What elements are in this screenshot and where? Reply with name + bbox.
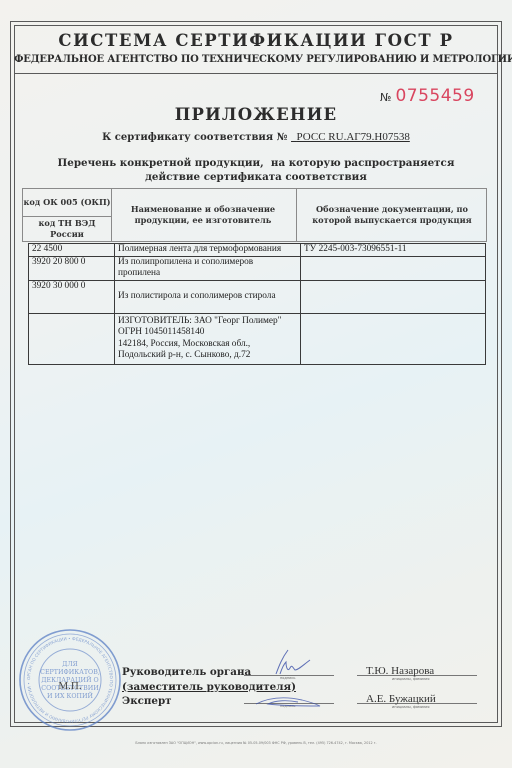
list-title-line1: Перечень конкретной продукции, на котору… <box>14 156 498 170</box>
svg-text:СЕРТИФИКАТОВ,: СЕРТИФИКАТОВ, <box>40 669 100 676</box>
agency-name: ФЕДЕРАЛЬНОЕ АГЕНТСТВО ПО ТЕХНИЧЕСКОМУ РЕ… <box>14 54 498 65</box>
seal-stamp-icon: ОРГАН ПО СЕРТИФИКАЦИИ • ФЕДЕРАЛЬНОЕ АГЕН… <box>18 628 122 732</box>
expert-name-caption: инициалы, фамилия <box>392 705 430 709</box>
form-number-value: 0755459 <box>395 86 474 106</box>
head-name-caption: инициалы, фамилия <box>392 677 430 681</box>
table-row: ИЗГОТОВИТЕЛЬ: ЗАО "Георг Полимер" ОГРН 1… <box>29 313 486 364</box>
svg-text:ДЛЯ: ДЛЯ <box>62 661 77 668</box>
head-signature-icon <box>262 648 322 678</box>
header-product-name: Наименование и обозначение продукции, ее… <box>123 189 283 241</box>
cert-number-text: РОСС RU.АГ79.Н07538 <box>297 131 410 143</box>
name-cell: Полимерная лента для термоформования <box>115 244 301 257</box>
doc-cell: ТУ 2245-003-73096551-11 <box>301 244 486 257</box>
head-name: Т.Ю. Назарова <box>366 665 434 677</box>
manufacturer-address: 142184, Россия, Московская обл., Подольс… <box>118 339 297 362</box>
cert-ref-label: К сертификату соответствия № <box>102 132 287 143</box>
svg-text:ОРГАН ПО СЕРТИФИКАЦИИ • ФЕДЕРА: ОРГАН ПО СЕРТИФИКАЦИИ • ФЕДЕРАЛЬНОЕ АГЕН… <box>18 628 114 724</box>
code-cell: 22 4500 <box>29 244 115 257</box>
list-title: Перечень конкретной продукции, на котору… <box>14 156 498 184</box>
system-title: СИСТЕМА СЕРТИФИКАЦИИ ГОСТ Р <box>14 31 498 50</box>
expert-signature-icon <box>254 694 324 710</box>
header-divider <box>14 73 498 74</box>
annex-title: ПРИЛОЖЕНИЕ <box>14 105 498 124</box>
code-cell: 3920 30 000 0 <box>29 280 115 313</box>
print-footer: Бланк изготовлен ЗАО "ОПЦИОН", www.opcio… <box>14 741 498 745</box>
column-divider <box>296 189 297 241</box>
products-table: 22 4500 Полимерная лента для термоформов… <box>28 243 486 365</box>
number-sign: № <box>380 91 391 104</box>
code-cell: 3920 20 800 0 <box>29 256 115 280</box>
doc-cell <box>301 313 486 364</box>
cert-number: РОСС RU.АГ79.Н07538 <box>291 131 410 143</box>
table-row: 3920 30 000 0 Из полистирола и сополимер… <box>29 280 486 313</box>
svg-text:И ИХ КОПИЙ: И ИХ КОПИЙ <box>47 692 93 700</box>
header-documentation: Обозначение документации, по которой вып… <box>309 189 475 241</box>
column-divider <box>111 189 112 241</box>
header-okp-code: код ОК 005 (ОКП) <box>23 189 111 216</box>
manufacturer-ogrn: ОГРН 1045011458140 <box>118 327 297 339</box>
expert-name: А.Е. Бужацкий <box>366 693 436 705</box>
inner-frame <box>14 25 498 723</box>
table-row: 22 4500 Полимерная лента для термоформов… <box>29 244 486 257</box>
doc-cell <box>301 256 486 280</box>
deputy-label: (заместитель руководителя) <box>122 680 296 695</box>
header-tnved-code: код ТН ВЭД России <box>23 216 111 242</box>
list-title-line2: действие сертификата соответствия <box>14 170 498 184</box>
doc-cell <box>301 280 486 313</box>
table-header: код ОК 005 (ОКП) код ТН ВЭД России Наиме… <box>22 188 487 242</box>
code-cell <box>29 313 115 364</box>
form-number: №0755459 <box>380 86 475 106</box>
name-cell: Из полипропилена и сополимеров пропилена <box>115 256 301 280</box>
name-cell: Из полистирола и сополимеров стирола <box>115 280 301 313</box>
table-row: 3920 20 800 0 Из полипропилена и сополим… <box>29 256 486 280</box>
manufacturer-name: ИЗГОТОВИТЕЛЬ: ЗАО "Георг Полимер" <box>118 316 297 328</box>
manufacturer-cell: ИЗГОТОВИТЕЛЬ: ЗАО "Георг Полимер" ОГРН 1… <box>115 313 301 364</box>
svg-text:М.П.: М.П. <box>58 680 81 692</box>
certificate-reference: К сертификату соответствия № РОСС RU.АГ7… <box>14 131 498 143</box>
